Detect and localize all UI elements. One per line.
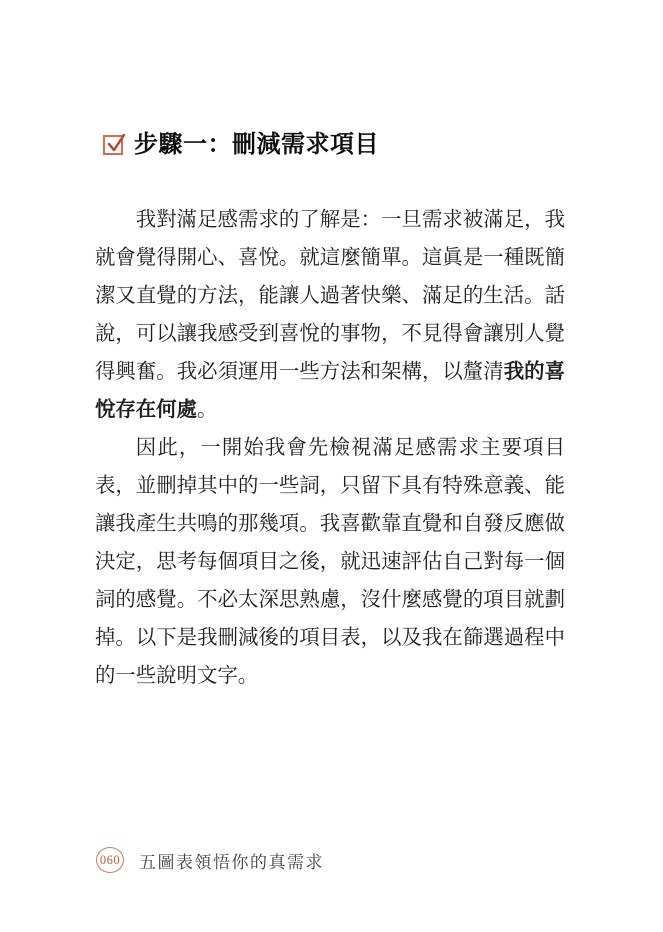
checkbox-checked-icon <box>103 135 123 155</box>
body-text: 我對滿足感需求的了解是：一旦需求被滿足，我就會覺得開心、喜悅。就這麼簡單。這眞是… <box>95 201 565 695</box>
paragraph-1: 我對滿足感需求的了解是：一旦需求被滿足，我就會覺得開心、喜悅。就這麼簡單。這眞是… <box>95 201 565 429</box>
section-title: 步驟一：刪減需求項目 <box>134 133 379 157</box>
book-page: 步驟一：刪減需求項目 我對滿足感需求的了解是：一旦需求被滿足，我就會覺得開心、喜… <box>0 0 663 932</box>
paragraph-1-period: 。 <box>197 399 217 421</box>
paragraph-1-text: 我對滿足感需求的了解是：一旦需求被滿足，我就會覺得開心、喜悅。就這麼簡單。這眞是… <box>95 209 565 383</box>
section-heading: 步驟一：刪減需求項目 <box>103 133 379 157</box>
page-number-badge: 060 <box>96 847 124 873</box>
page-footer: 060 五圖表領悟你的真需求 <box>96 847 324 873</box>
paragraph-2: 因此，一開始我會先檢視滿足感需求主要項目表，並刪掉其中的一些詞，只留下具有特殊意… <box>95 429 565 695</box>
book-title: 五圖表領悟你的真需求 <box>139 848 324 873</box>
